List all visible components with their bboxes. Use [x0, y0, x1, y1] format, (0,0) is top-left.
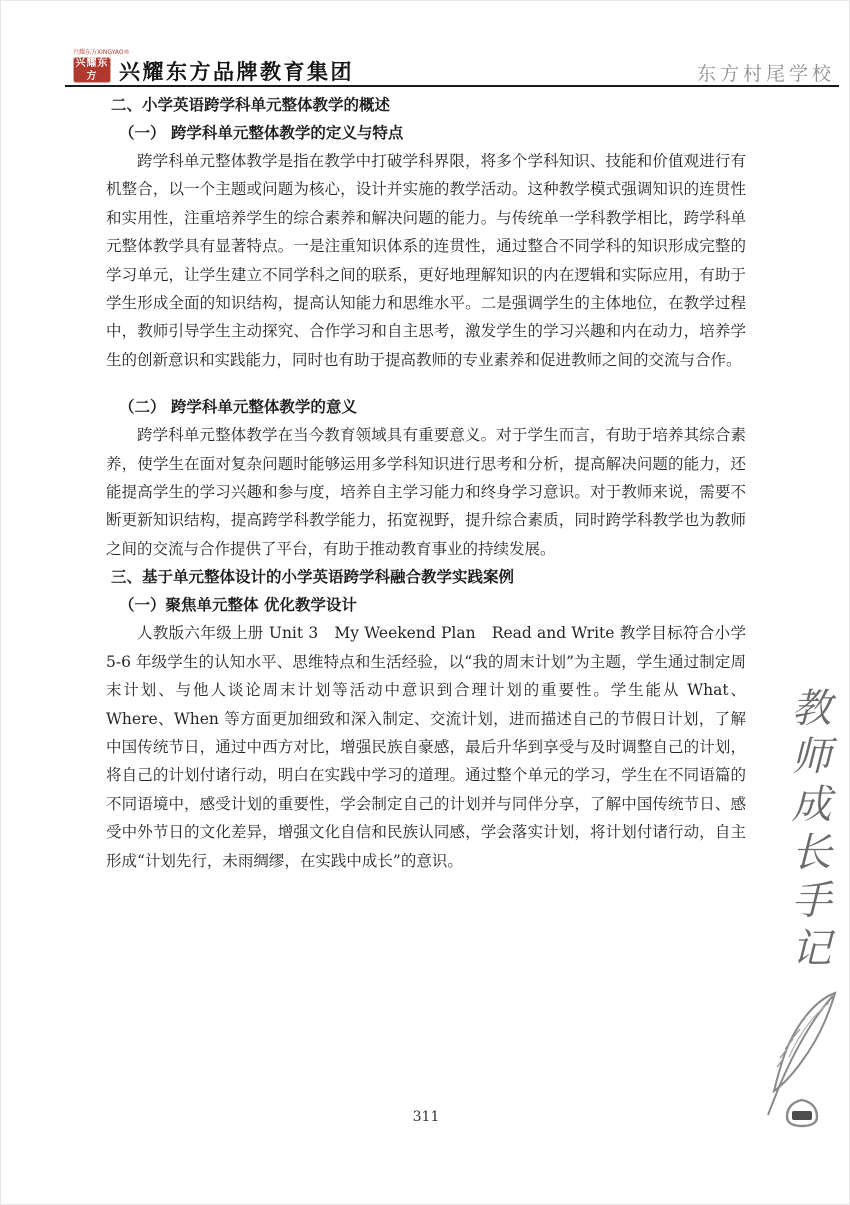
- section3-sub1-paragraph: 人教版六年级上册 Unit 3 My Weekend Plan Read and…: [106, 619, 746, 875]
- document-content: 二、小学英语跨学科单元整体教学的概述 （一） 跨学科单元整体教学的定义与特点 跨…: [106, 91, 746, 875]
- document-page: 兴耀东方XINGYAO® 兴耀东方 兴耀东方品牌教育集团 东方村尾学校 二、小学…: [0, 0, 850, 1205]
- page-number: 311: [1, 1109, 850, 1125]
- section2-sub1-paragraph: 跨学科单元整体教学是指在教学中打破学科界限，将多个学科知识、技能和价值观进行有机…: [106, 147, 746, 374]
- company-logo: 兴耀东方XINGYAO® 兴耀东方: [73, 49, 115, 83]
- section3-title: 三、基于单元整体设计的小学英语跨学科融合教学实践案例: [106, 563, 746, 591]
- header-company-name: 兴耀东方品牌教育集团: [119, 56, 354, 86]
- section3-sub1-title: （一）聚焦单元整体 优化教学设计: [106, 591, 746, 619]
- section2-title: 二、小学英语跨学科单元整体教学的概述: [106, 91, 746, 119]
- logo-seal-icon: 兴耀东方: [73, 57, 111, 83]
- logo-brand-text: 兴耀东方XINGYAO®: [73, 49, 115, 56]
- header-divider: [65, 85, 839, 87]
- section2-sub2-title: （二） 跨学科单元整体教学的意义: [106, 393, 746, 421]
- section2-sub2-paragraph: 跨学科单元整体教学在当今教育领域具有重要意义。对于学生而言，有助于培养其综合素养…: [106, 421, 746, 563]
- margin-calligraphy-text: 教师成长手记: [780, 687, 837, 975]
- section2-sub1-title: （一） 跨学科单元整体教学的定义与特点: [106, 119, 746, 147]
- header-school-name: 东方村尾学校: [697, 59, 835, 86]
